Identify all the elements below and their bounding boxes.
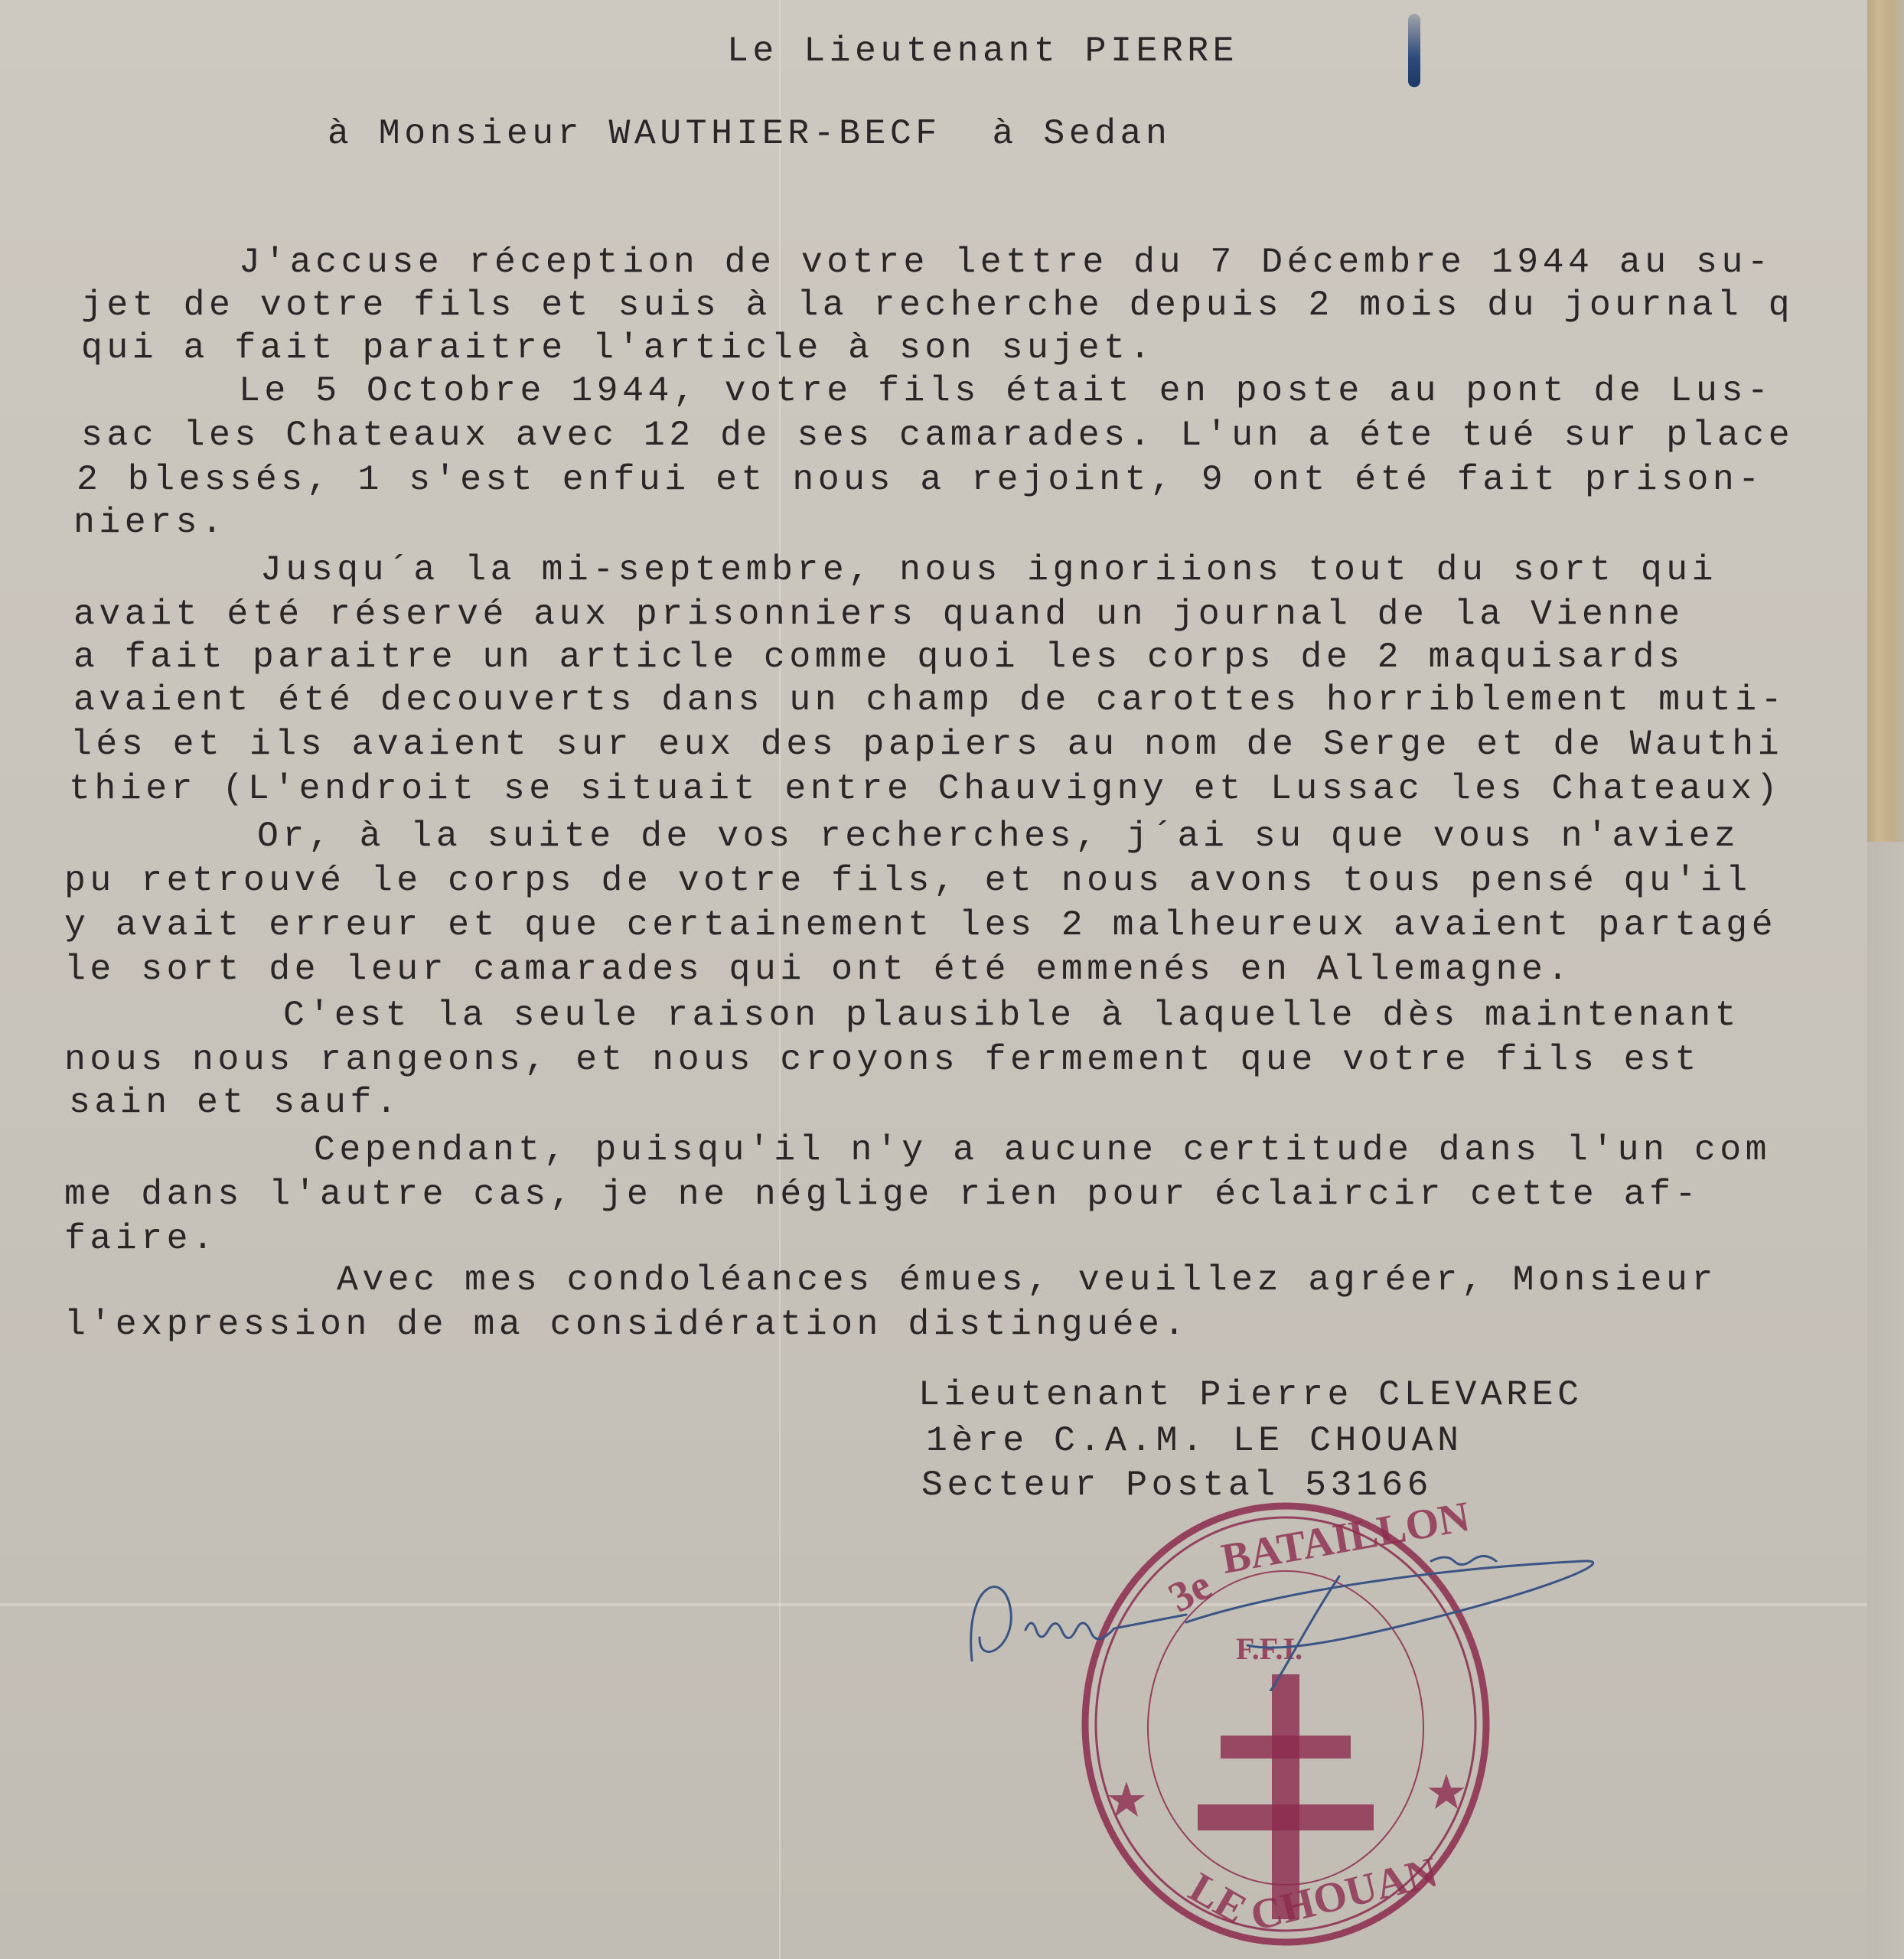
body-line: faire. [64, 1221, 217, 1257]
header-recipient: à Monsieur WAUTHIER-BECF à Sedan [328, 116, 1171, 152]
body-line: jet de votre fils et suis à la recherche… [81, 288, 1794, 324]
body-line: Le 5 Octobre 1944, votre fils était en p… [239, 373, 1772, 409]
letter-text: Le Lieutenant PIERRE à Monsieur WAUTHIER… [0, 0, 103, 1352]
body-line: y avait erreur et que certainement les 2… [64, 908, 1777, 944]
body-line: l'expression de ma considération disting… [64, 1307, 1189, 1343]
body-line: niers. [73, 505, 227, 541]
body-line: Jusqu´a la mi-septembre, nous ignoriions… [260, 552, 1717, 588]
body-line: Avec mes condoléances émues, veuillez ag… [337, 1263, 1717, 1299]
body-line: sain et sauf. [69, 1085, 401, 1121]
handwritten-signature-icon [957, 1538, 1630, 1691]
body-line: sac les Chateaux avec 12 de ses camarade… [81, 418, 1794, 454]
body-line: Or, à la suite de vos recherches, j´ai s… [257, 819, 1739, 855]
body-line: lés et ils avaient sur eux des papiers a… [70, 727, 1783, 763]
letter-page: Le Lieutenant PIERRE à Monsieur WAUTHIER… [0, 0, 1867, 1959]
ink-stain-icon [1408, 14, 1420, 87]
body-line: thier (L'endroit se situait entre Chauvi… [69, 771, 1782, 807]
signature-name: Lieutenant Pierre CLEVAREC [918, 1377, 1583, 1413]
header-sender: Le Lieutenant PIERRE [727, 34, 1238, 70]
body-line: pu retrouvé le corps de votre fils, et n… [64, 863, 1752, 899]
body-line: nous nous rangeons, et nous croyons ferm… [64, 1042, 1700, 1078]
body-line: avait été réservé aux prisonniers quand … [73, 597, 1684, 633]
body-line: a fait paraitre un article comme quoi le… [73, 640, 1684, 676]
body-line: J'accuse réception de votre lettre du 7 … [239, 245, 1772, 281]
paper-edge [1867, 842, 1904, 1959]
signature-unit: 1ère C.A.M. LE CHOUAN [926, 1423, 1463, 1459]
body-line: Cependant, puisqu'il n'y a aucune certit… [314, 1133, 1771, 1169]
svg-text:LE: LE [1182, 1864, 1255, 1934]
body-line: le sort de leur camarades qui ont été em… [64, 952, 1573, 988]
body-line: qui a fait paraitre l'article à son suje… [81, 331, 1155, 367]
body-line: 2 blessés, 1 s'est enfui et nous a rejoi… [77, 462, 1764, 498]
body-line: C'est la seule raison plausible à laquel… [283, 998, 1740, 1034]
body-line: avaient été decouverts dans un champ de … [73, 683, 1786, 719]
body-line: me dans l'autre cas, je ne néglige rien … [64, 1177, 1700, 1213]
